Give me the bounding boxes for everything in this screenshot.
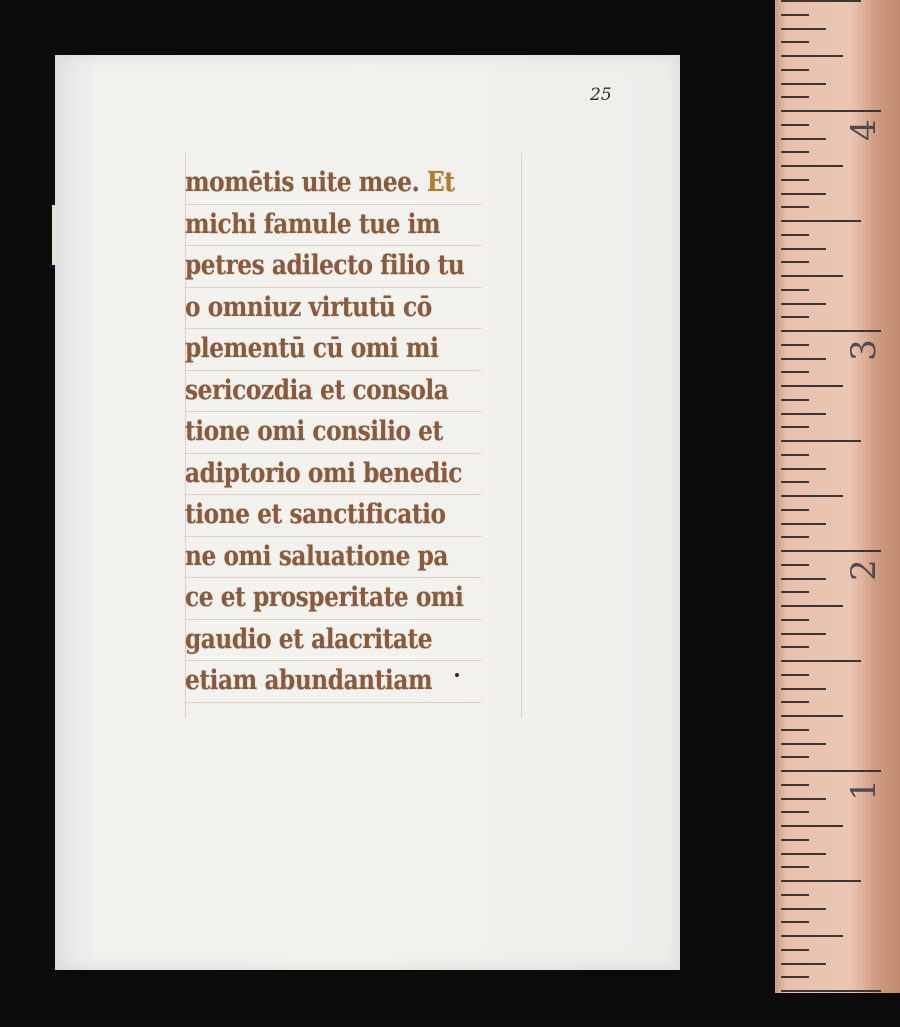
ruler-tick [781, 894, 809, 896]
gilded-initial: Et [427, 167, 455, 198]
ruler-tick [781, 605, 843, 607]
ruler-tick [781, 688, 826, 690]
folio-number: 25 [590, 85, 612, 105]
ruler-tick [781, 55, 843, 57]
ruler-tick [781, 963, 826, 965]
ruler-tick [781, 385, 843, 387]
manuscript-text: momētis uite mee. Et michi famule tue im… [185, 163, 530, 703]
text-line: tione et sanctificatio [185, 495, 482, 537]
ruler-tick [781, 908, 826, 910]
ruler-tick [781, 0, 861, 2]
ruler-tick [781, 96, 809, 98]
manuscript-leaf: 25 momētis uite mee. Et michi famule tue… [55, 55, 680, 970]
ruler-tick [781, 14, 809, 16]
ruler-tick [781, 674, 809, 676]
ruler-tick [781, 770, 881, 772]
ruler-tick [781, 440, 861, 442]
ruler-tick [781, 784, 809, 786]
ruler-tick [781, 28, 826, 30]
ruler-label-4: 4 [844, 119, 884, 141]
ruler-tick [781, 261, 809, 263]
ink-dot [455, 673, 459, 677]
ruler-tick [781, 619, 809, 621]
ruler-tick [781, 743, 826, 745]
ruler-tick [781, 921, 809, 923]
ruler-tick [781, 234, 809, 236]
text-line: ne omi saluatione pa [185, 537, 482, 579]
ruler-tick [781, 124, 809, 126]
ruler-tick [781, 550, 881, 552]
ruler-tick [781, 798, 826, 800]
ruler-tick [781, 578, 826, 580]
ruler-tick [781, 866, 809, 868]
ruler-tick [781, 316, 809, 318]
ruler-tick [781, 536, 809, 538]
ruler-tick [781, 454, 809, 456]
ruler-tick [781, 976, 809, 978]
ruler-tick [781, 399, 809, 401]
ruler-tick [781, 853, 826, 855]
ruler-label-2: 2 [844, 559, 884, 581]
ruler-tick [781, 426, 809, 428]
text-line: tione omi consilio et [185, 412, 482, 454]
ruler-tick [781, 303, 826, 305]
ruler-tick [781, 949, 809, 951]
ruler-tick [781, 289, 809, 291]
ruler-tick [781, 715, 843, 717]
ruler-tick [781, 69, 809, 71]
ruler-tick [781, 83, 826, 85]
ruler-tick [781, 330, 881, 332]
ruler-tick [781, 756, 809, 758]
ruler-tick [781, 646, 809, 648]
text-line: plementū cū omi mi [185, 329, 482, 371]
wooden-ruler: 4 3 2 1 [775, 0, 900, 993]
ruler-tick [781, 990, 881, 992]
ruler-tick [781, 468, 826, 470]
text-line: momētis uite mee. Et [185, 163, 482, 205]
ruler-label-1: 1 [844, 779, 884, 801]
ruler-tick [781, 839, 809, 841]
ruler-tick [781, 165, 843, 167]
ruler-tick [781, 935, 843, 937]
ruler-tick [781, 564, 809, 566]
text-line: michi famule tue im [185, 205, 482, 247]
text-line: etiam abundantiam [185, 661, 482, 703]
ruler-tick [781, 151, 809, 153]
text-line: o omniuz virtutū cō [185, 288, 482, 330]
ruler-tick [781, 275, 843, 277]
ruler-tick [781, 509, 809, 511]
ruler-tick [781, 179, 809, 181]
text-line: petres adilecto filio tu [185, 246, 482, 288]
ruler-tick [781, 248, 826, 250]
ruler-tick [781, 138, 826, 140]
text-line: sericozdia et consola [185, 371, 482, 413]
ruler-tick [781, 880, 861, 882]
ruler-tick [781, 41, 809, 43]
ruler-tick [781, 110, 881, 112]
ruler-tick [781, 701, 809, 703]
ruler-tick [781, 633, 826, 635]
ruler-tick [781, 481, 809, 483]
ruler-tick [781, 371, 809, 373]
text-line: gaudio et alacritate [185, 620, 482, 662]
ruler-tick [781, 358, 826, 360]
ruler-tick [781, 811, 809, 813]
text-line: ce et prosperitate omi [185, 578, 482, 620]
ruler-tick [781, 825, 843, 827]
text-line: adiptorio omi benedic [185, 454, 482, 496]
ruler-tick [781, 729, 809, 731]
ruler-tick [781, 413, 826, 415]
ruler-label-3: 3 [844, 339, 884, 361]
ruler-tick [781, 193, 826, 195]
ruler-tick [781, 344, 809, 346]
ruler-tick [781, 660, 861, 662]
ruler-tick [781, 220, 861, 222]
ruler-tick [781, 591, 809, 593]
ruler-tick [781, 495, 843, 497]
ruler-tick [781, 206, 809, 208]
ruler-tick [781, 523, 826, 525]
